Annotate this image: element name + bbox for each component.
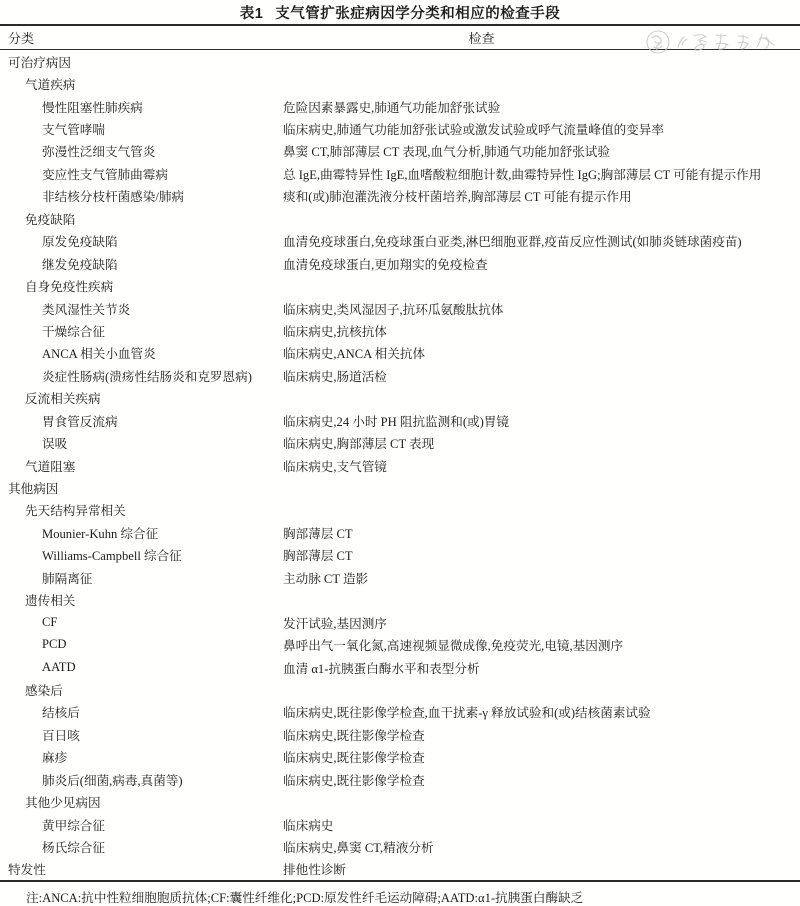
category-cell: 黄甲综合征 [0, 815, 283, 834]
exam-cell: 临床病史,ANCA 相关抗体 [283, 343, 800, 362]
category-cell: 变应性支气管肺曲霉病 [0, 164, 283, 183]
category-cell: 胃食管反流病 [0, 411, 283, 430]
table-row: Mounier-Kuhn 综合征 胸部薄层 CT [0, 521, 800, 543]
table-row: 肺炎后(细菌,病毒,真菌等) 临床病史,既往影像学检查 [0, 768, 800, 790]
table-title-text: 支气管扩张症病因学分类和相应的检查手段 [275, 2, 560, 23]
category-cell: 肺隔离征 [0, 568, 283, 587]
exam-cell: 鼻呼出气一氧化氮,高速视频显微成像,免疫荧光,电镜,基因测序 [283, 635, 800, 654]
table-row: 麻疹 临床病史,既往影像学检查 [0, 746, 800, 768]
table-row: 炎症性肠病(溃疡性结肠炎和克罗恩病) 临床病史,肠道活检 [0, 364, 800, 386]
category-cell: 原发免疫缺陷 [0, 231, 283, 250]
exam-cell: 胸部薄层 CT [283, 545, 800, 564]
header-category: 分类 [0, 28, 283, 47]
category-cell: 支气管哮喘 [0, 119, 283, 138]
category-cell: 反流相关疾病 [0, 388, 283, 407]
table-row: 结核后 临床病史,既往影像学检查,血干扰素-γ 释放试验和(或)结核菌素试验 [0, 701, 800, 723]
category-cell: 自身免疫性疾病 [0, 276, 283, 295]
exam-cell: 血清免疫球蛋白,更加翔实的免疫检查 [283, 254, 800, 273]
category-cell: 其他病因 [0, 478, 283, 497]
table-row: 遗传相关 [0, 589, 800, 611]
table-footnote: 注:ANCA:抗中性粒细胞胞质抗体;CF:囊性纤维化;PCD:原发性纤毛运动障碍… [0, 887, 800, 906]
table-header-row: 分类 检查 [0, 24, 800, 50]
table-row: PCD 鼻呼出气一氧化氮,高速视频显微成像,免疫荧光,电镜,基因测序 [0, 633, 800, 655]
paper-table-figure: 表1 支气管扩张症病因学分类和相应的检查手段 分类 检查 可治疗病因 气道疾病 … [0, 0, 800, 906]
category-cell: Williams-Campbell 综合征 [0, 545, 283, 564]
category-cell: 麻疹 [0, 747, 283, 766]
table-row: 气道阻塞 临床病史,支气管镜 [0, 454, 800, 476]
table-row: 其他少见病因 [0, 790, 800, 812]
exam-cell: 临床病史,鼻窦 CT,精液分析 [283, 837, 800, 856]
exam-cell: 血清 α1-抗胰蛋白酶水平和表型分析 [283, 658, 800, 677]
category-cell: 慢性阻塞性肺疾病 [0, 97, 283, 116]
exam-cell: 危险因素暴露史,肺通气功能加舒张试验 [283, 97, 800, 116]
exam-cell: 临床病史,胸部薄层 CT 表现 [283, 433, 800, 452]
category-cell: ANCA 相关小血管炎 [0, 343, 283, 362]
exam-cell: 血清免疫球蛋白,免疫球蛋白亚类,淋巴细胞亚群,疫苗反应性测试(如肺炎链球菌疫苗) [283, 231, 800, 250]
category-cell: 继发免疫缺陷 [0, 254, 283, 273]
table-row: 百日咳 临床病史,既往影像学检查 [0, 723, 800, 745]
exam-cell: 临床病史,既往影像学检查,血干扰素-γ 释放试验和(或)结核菌素试验 [283, 702, 800, 721]
exam-cell: 总 IgE,曲霉特异性 IgE,血嗜酸粒细胞计数,曲霉特异性 IgG;胸部薄层 … [283, 164, 800, 183]
category-cell: 气道疾病 [0, 74, 283, 93]
exam-cell: 临床病史,24 小时 PH 阻抗监测和(或)胃镜 [283, 411, 800, 430]
category-cell: 遗传相关 [0, 590, 283, 609]
table-row: 支气管哮喘 临床病史,肺通气功能加舒张试验或激发试验或呼气流量峰值的变异率 [0, 117, 800, 139]
table-row: 免疫缺陷 [0, 207, 800, 229]
table-row: 其他病因 [0, 476, 800, 498]
exam-cell: 临床病史,类风湿因子,抗环瓜氨酸肽抗体 [283, 299, 800, 318]
category-cell: Mounier-Kuhn 综合征 [0, 523, 283, 542]
exam-cell: 临床病史,肠道活检 [283, 366, 800, 385]
category-cell: CF [0, 615, 283, 630]
exam-cell: 临床病史,抗核抗体 [283, 321, 800, 340]
table-row: 感染后 [0, 678, 800, 700]
table-body: 可治疗病因 气道疾病 慢性阻塞性肺疾病 危险因素暴露史,肺通气功能加舒张试验 支… [0, 50, 800, 882]
table-row: 变应性支气管肺曲霉病 总 IgE,曲霉特异性 IgE,血嗜酸粒细胞计数,曲霉特异… [0, 162, 800, 184]
three-line-table: 分类 检查 可治疗病因 气道疾病 慢性阻塞性肺疾病 危险因素暴露史,肺通气功能加… [0, 24, 800, 882]
table-row: 胃食管反流病 临床病史,24 小时 PH 阻抗监测和(或)胃镜 [0, 409, 800, 431]
table-row: 非结核分枝杆菌感染/肺病 痰和(或)肺泡灌洗液分枝杆菌培养,胸部薄层 CT 可能… [0, 185, 800, 207]
table-row: 特发性 排他性诊断 [0, 858, 800, 880]
exam-cell: 临床病史,既往影像学检查 [283, 747, 800, 766]
category-cell: 杨氏综合征 [0, 837, 283, 856]
category-cell: PCD [0, 637, 283, 652]
exam-cell: 临床病史 [283, 815, 800, 834]
category-cell: 肺炎后(细菌,病毒,真菌等) [0, 770, 283, 789]
exam-cell: 临床病史,支气管镜 [283, 456, 800, 475]
exam-cell: 临床病史,既往影像学检查 [283, 770, 800, 789]
exam-cell: 排他性诊断 [283, 859, 800, 878]
category-cell: 干燥综合征 [0, 321, 283, 340]
category-cell: 非结核分枝杆菌感染/肺病 [0, 186, 283, 205]
category-cell: 感染后 [0, 680, 283, 699]
table-row: 继发免疫缺陷 血清免疫球蛋白,更加翔实的免疫检查 [0, 252, 800, 274]
table-row: 误吸 临床病史,胸部薄层 CT 表现 [0, 431, 800, 453]
category-cell: 气道阻塞 [0, 456, 283, 475]
exam-cell: 主动脉 CT 造影 [283, 568, 800, 587]
category-cell: 炎症性肠病(溃疡性结肠炎和克罗恩病) [0, 366, 283, 385]
header-exam: 检查 [283, 28, 800, 47]
category-cell: 类风湿性关节炎 [0, 299, 283, 318]
category-cell: 特发性 [0, 859, 283, 878]
category-cell: AATD [0, 660, 283, 675]
table-row: Williams-Campbell 综合征 胸部薄层 CT [0, 544, 800, 566]
exam-cell: 鼻窦 CT,肺部薄层 CT 表现,血气分析,肺通气功能加舒张试验 [283, 141, 800, 160]
table-row: 弥漫性泛细支气管炎 鼻窦 CT,肺部薄层 CT 表现,血气分析,肺通气功能加舒张… [0, 140, 800, 162]
table-row: 反流相关疾病 [0, 387, 800, 409]
exam-cell: 胸部薄层 CT [283, 523, 800, 542]
category-cell: 百日咳 [0, 725, 283, 744]
category-cell: 结核后 [0, 702, 283, 721]
category-cell: 可治疗病因 [0, 52, 283, 71]
table-row: ANCA 相关小血管炎 临床病史,ANCA 相关抗体 [0, 342, 800, 364]
category-cell: 弥漫性泛细支气管炎 [0, 141, 283, 160]
category-cell: 误吸 [0, 433, 283, 452]
table-row: 慢性阻塞性肺疾病 危险因素暴露史,肺通气功能加舒张试验 [0, 95, 800, 117]
table-number-label: 表1 [240, 2, 264, 23]
table-row: 杨氏综合征 临床病史,鼻窦 CT,精液分析 [0, 835, 800, 857]
exam-cell: 临床病史,既往影像学检查 [283, 725, 800, 744]
table-row: 先天结构异常相关 [0, 499, 800, 521]
exam-cell: 发汗试验,基因测序 [283, 613, 800, 632]
exam-cell: 临床病史,肺通气功能加舒张试验或激发试验或呼气流量峰值的变异率 [283, 119, 800, 138]
table-row: 气道疾病 [0, 72, 800, 94]
table-row: CF 发汗试验,基因测序 [0, 611, 800, 633]
table-row: AATD 血清 α1-抗胰蛋白酶水平和表型分析 [0, 656, 800, 678]
category-cell: 免疫缺陷 [0, 209, 283, 228]
category-cell: 其他少见病因 [0, 792, 283, 811]
table-row: 黄甲综合征 临床病史 [0, 813, 800, 835]
exam-cell: 痰和(或)肺泡灌洗液分枝杆菌培养,胸部薄层 CT 可能有提示作用 [283, 186, 800, 205]
table-title: 表1 支气管扩张症病因学分类和相应的检查手段 [0, 0, 800, 24]
table-row: 自身免疫性疾病 [0, 274, 800, 296]
category-cell: 先天结构异常相关 [0, 500, 283, 519]
table-row: 原发免疫缺陷 血清免疫球蛋白,免疫球蛋白亚类,淋巴细胞亚群,疫苗反应性测试(如肺… [0, 230, 800, 252]
table-row: 肺隔离征 主动脉 CT 造影 [0, 566, 800, 588]
table-row: 类风湿性关节炎 临床病史,类风湿因子,抗环瓜氨酸肽抗体 [0, 297, 800, 319]
table-row: 可治疗病因 [0, 50, 800, 72]
table-row: 干燥综合征 临床病史,抗核抗体 [0, 319, 800, 341]
